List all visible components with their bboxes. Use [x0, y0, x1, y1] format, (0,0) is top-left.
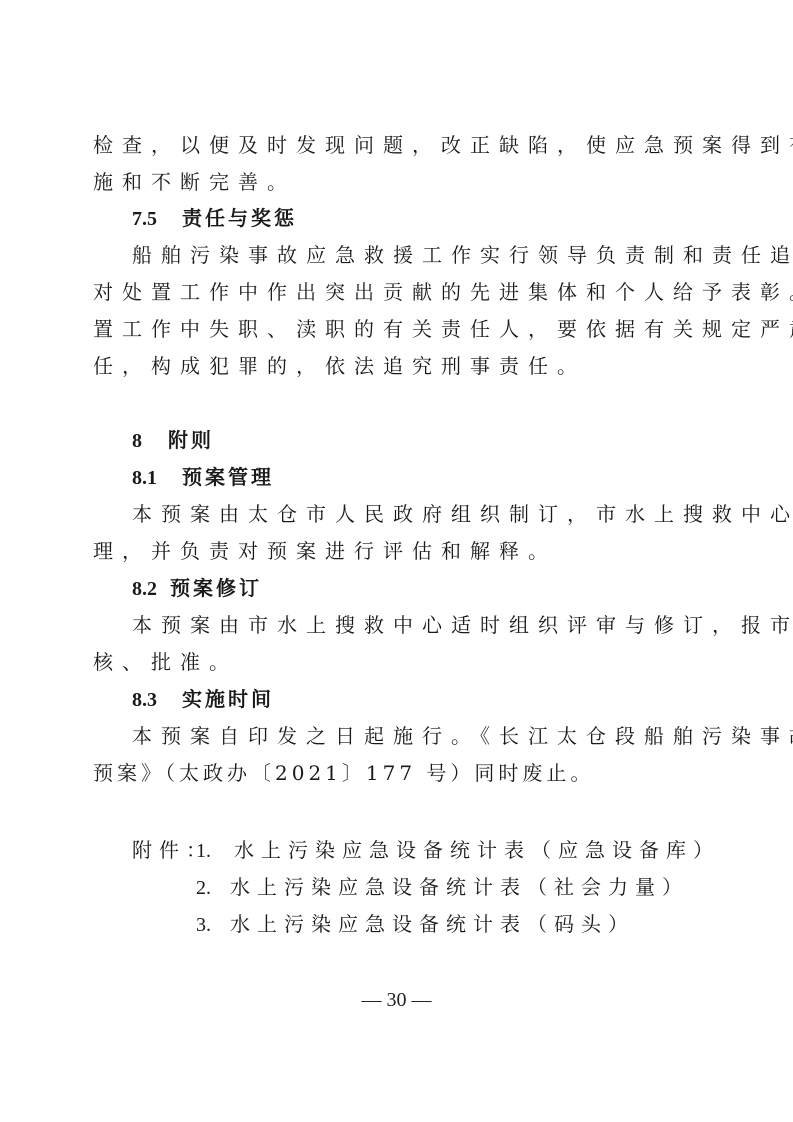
- paragraph-line: 本预案自印发之日起施行。《长江太仓段船舶污染事故应急: [132, 723, 793, 749]
- section-number: 7.5: [132, 206, 182, 232]
- section-title: 实施时间: [182, 687, 274, 711]
- paragraph-line: 置工作中失职、渎职的有关责任人，要依据有关规定严肃追究责: [93, 316, 793, 342]
- paragraph-line: 任，构成犯罪的，依法追究刑事责任。: [93, 353, 586, 379]
- section-title: 附则: [168, 428, 214, 452]
- section-heading-7-5: 7.5责任与奖惩: [132, 205, 297, 232]
- section-title: 预案修订: [170, 576, 262, 600]
- paragraph-line: 对处置工作中作出突出贡献的先进集体和个人给予表彰。对在处: [93, 279, 793, 305]
- section-number: 8: [132, 428, 168, 454]
- paragraph-line: 本预案由市水上搜救中心适时组织评审与修订，报市政府审: [132, 612, 793, 638]
- paragraph-line: 船舶污染事故应急救援工作实行领导负责制和责任追究制。: [132, 242, 793, 268]
- attachment-item: 1.水上污染应急设备统计表（应急设备库）: [196, 837, 720, 864]
- section-number: 8.3: [132, 687, 182, 713]
- attachment-item: 3.水上污染应急设备统计表（码头）: [196, 911, 635, 938]
- attachment-index: 2.: [196, 875, 230, 901]
- section-number: 8.1: [132, 465, 182, 491]
- attachment-item: 2.水上污染应急设备统计表（社会力量）: [196, 874, 689, 901]
- attachment-text: 水上污染应急设备统计表（码头）: [230, 912, 635, 936]
- section-title: 预案管理: [182, 465, 274, 489]
- attachment-text: 水上污染应急设备统计表（应急设备库）: [234, 838, 720, 862]
- section-title: 责任与奖惩: [182, 206, 297, 230]
- paragraph-line: 施和不断完善。: [93, 169, 296, 195]
- document-page: 检查，以便及时发现问题，改正缺陷，使应急预案得到有效的实 施和不断完善。 7.5…: [0, 0, 793, 1122]
- paragraph-line: 理，并负责对预案进行评估和解释。: [93, 538, 557, 564]
- attachment-index: 3.: [196, 912, 230, 938]
- section-number: 8.2: [132, 576, 170, 602]
- paragraph-line: 预案》（太政办〔2021〕177 号）同时废止。: [93, 760, 594, 786]
- paragraph-line: 核、批准。: [93, 649, 238, 675]
- page-number: — 30 —: [0, 987, 793, 1013]
- section-heading-8-1: 8.1预案管理: [132, 464, 274, 491]
- section-heading-8-2: 8.2预案修订: [132, 575, 262, 602]
- section-heading-8: 8附则: [132, 427, 214, 454]
- paragraph-line: 本预案由太仓市人民政府组织制订，市水上搜救中心负责管: [132, 501, 793, 527]
- section-heading-8-3: 8.3实施时间: [132, 686, 274, 713]
- attachment-index: 1.: [196, 838, 234, 864]
- paragraph-line: 检查，以便及时发现问题，改正缺陷，使应急预案得到有效的实: [93, 132, 793, 158]
- attachment-text: 水上污染应急设备统计表（社会力量）: [230, 875, 689, 899]
